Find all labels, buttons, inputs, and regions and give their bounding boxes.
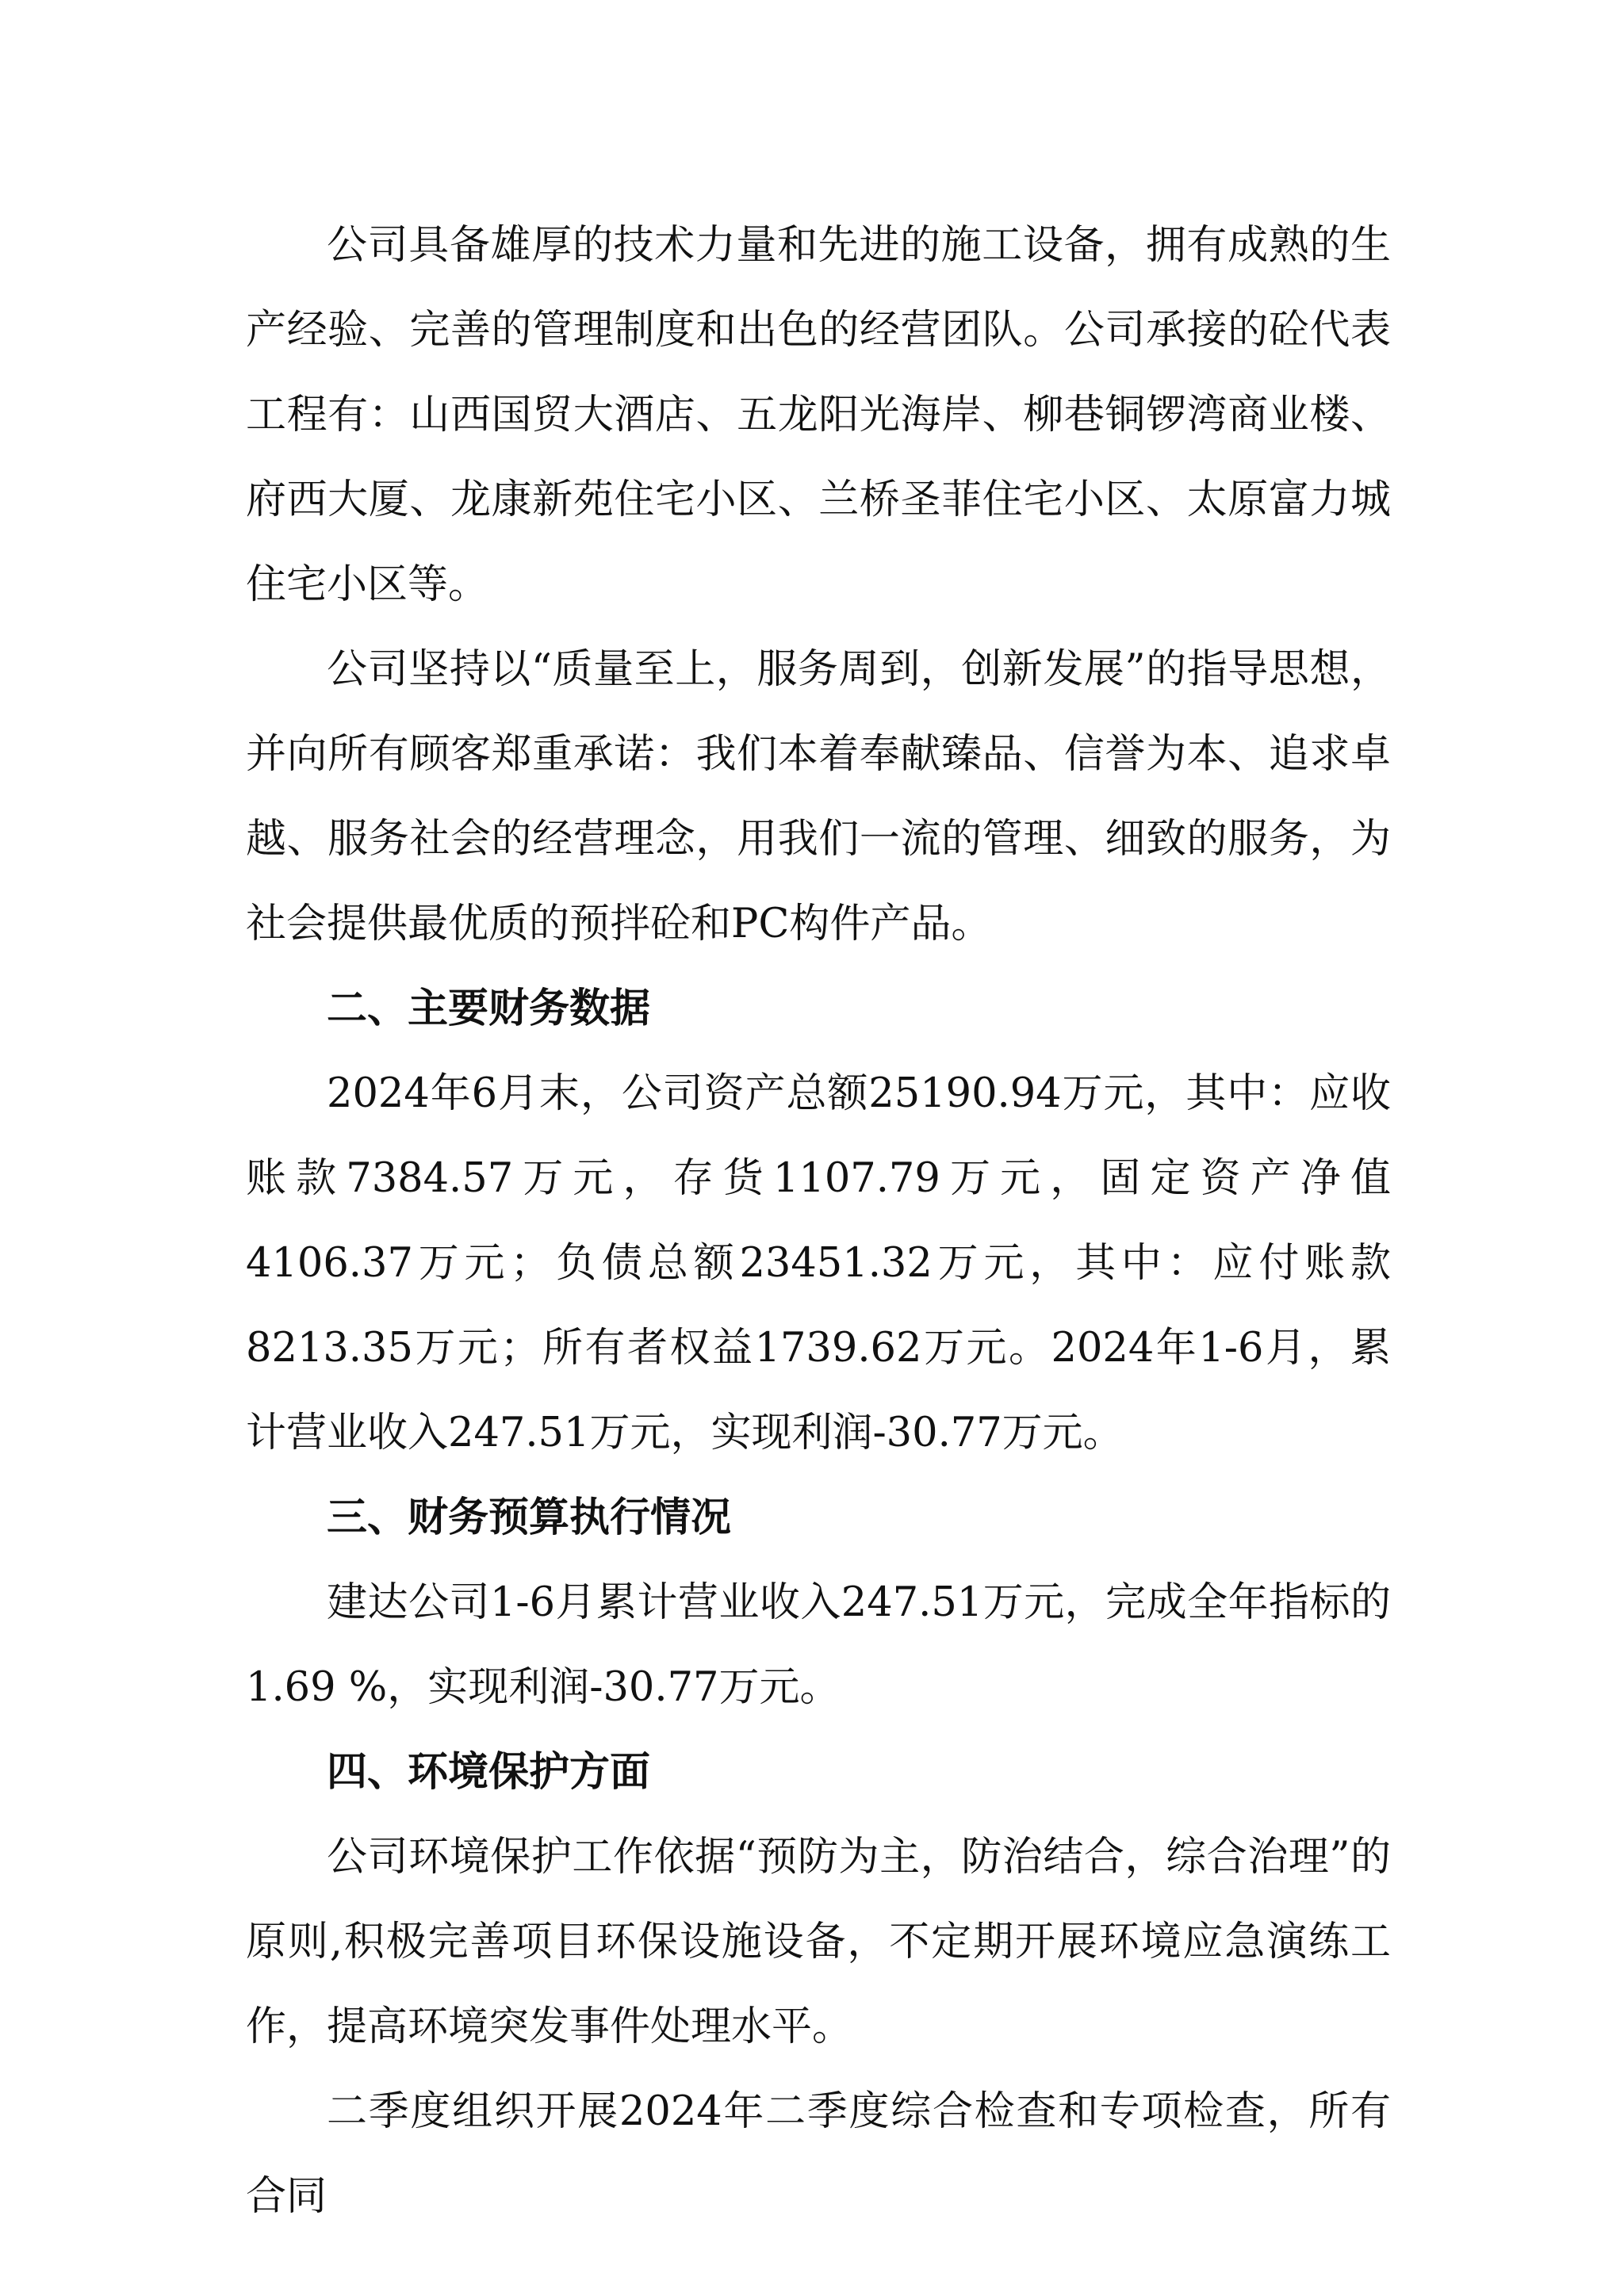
paragraph-environmental-protection: 公司环境保护工作依据“预防为主，防治结合，综合治理”的原则,积极完善项目环保设施… bbox=[246, 1815, 1391, 2069]
heading-budget-execution: 三、财务预算执行情况 bbox=[246, 1475, 1391, 1560]
heading-financial-data: 二、主要财务数据 bbox=[246, 966, 1391, 1051]
paragraph-financial-data: 2024年6月末，公司资产总额25190.94万元，其中：应收账款7384.57… bbox=[246, 1051, 1391, 1475]
heading-environmental-protection: 四、环境保护方面 bbox=[246, 1730, 1391, 1815]
document-page: 公司具备雄厚的技术力量和先进的施工设备，拥有成熟的生产经验、完善的管理制度和出色… bbox=[246, 203, 1391, 2239]
paragraph-quarterly-inspection: 二季度组织开展2024年二季度综合检查和专项检查，所有合同 bbox=[246, 2069, 1391, 2239]
paragraph-company-commitment: 公司坚持以“质量至上，服务周到，创新发展”的指导思想，并向所有顾客郑重承诺：我们… bbox=[246, 627, 1391, 966]
paragraph-company-capabilities: 公司具备雄厚的技术力量和先进的施工设备，拥有成熟的生产经验、完善的管理制度和出色… bbox=[246, 203, 1391, 627]
paragraph-budget-execution: 建达公司1-6月累计营业收入247.51万元，完成全年指标的1.69 %，实现利… bbox=[246, 1560, 1391, 1730]
